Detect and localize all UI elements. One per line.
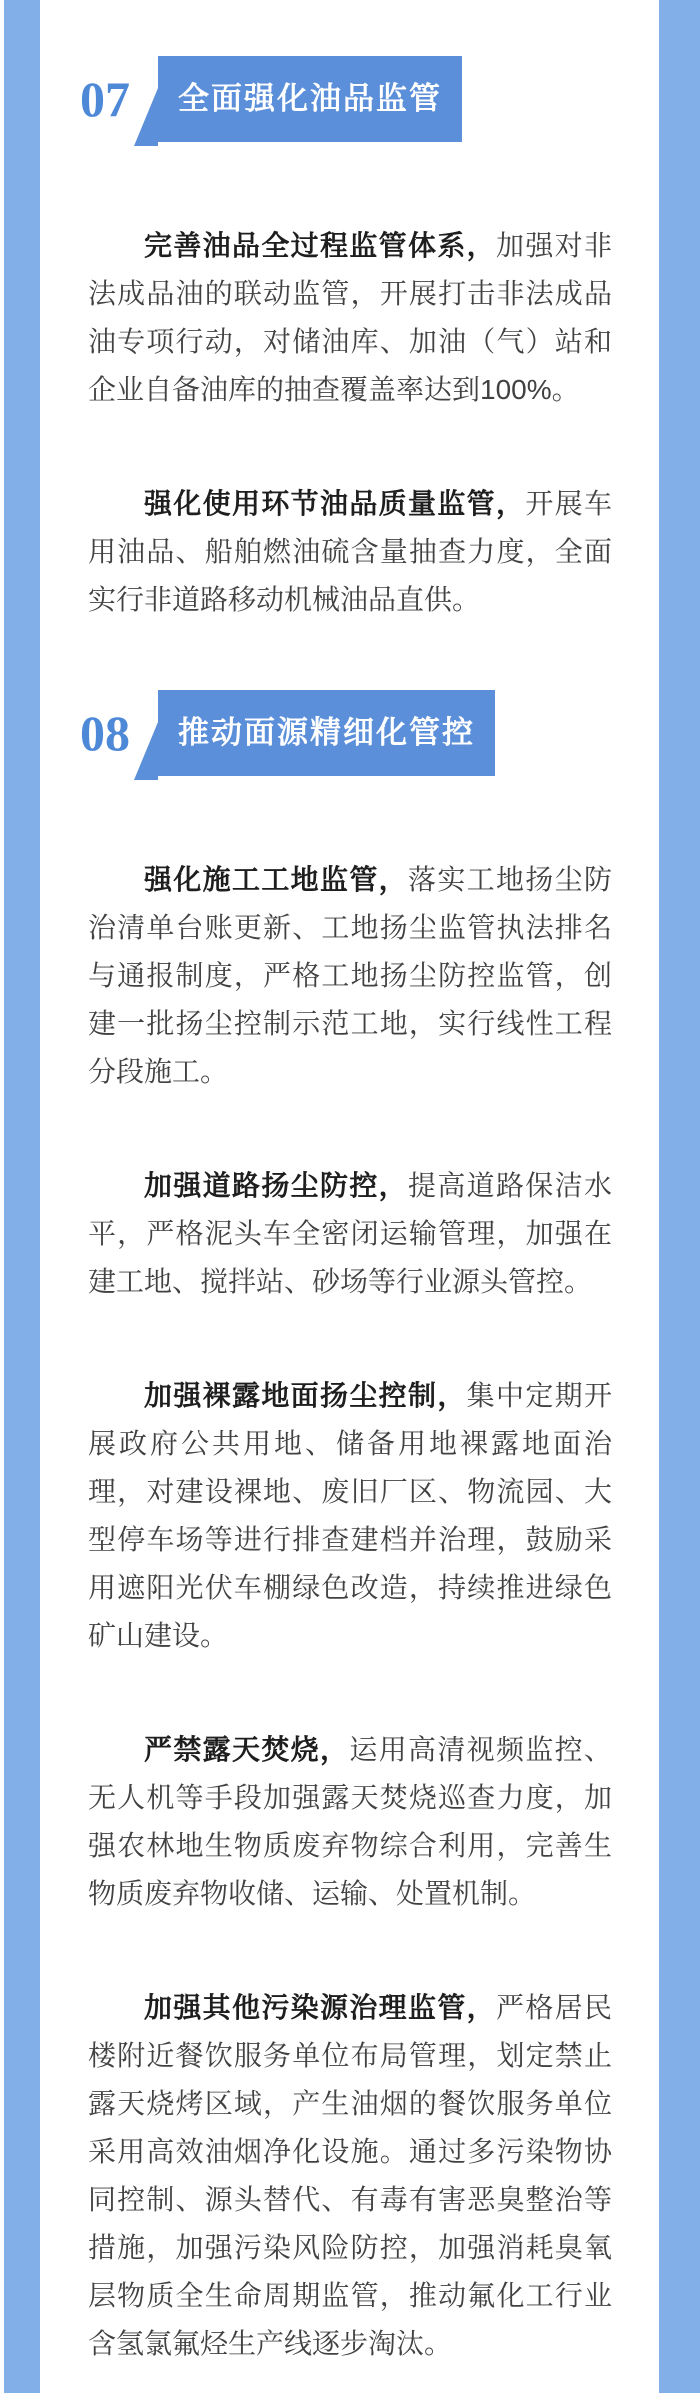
paragraph-body: 集中定期开展政府公共用地、储备用地裸露地面治理，对建设裸地、废旧厂区、物流园、大… <box>88 1380 612 1651</box>
section-08-header: 08 推动面源精细化管控 <box>80 690 612 776</box>
paragraph: 严禁露天焚烧，运用高清视频监控、无人机等手段加强露天焚烧巡查力度，加强农林地生物… <box>88 1726 612 1918</box>
paragraph-lead: 加强其他污染源治理监管， <box>144 1992 496 2023</box>
paragraph-lead: 强化使用环节油品质量监管， <box>144 488 525 519</box>
section-08-title-banner: 推动面源精细化管控 <box>158 690 495 776</box>
paragraph-lead: 加强道路扬尘防控， <box>144 1170 408 1201</box>
section-07-title: 全面强化油品监管 <box>178 81 442 116</box>
section-07-number: 07 <box>80 74 130 124</box>
section-07-title-banner: 全面强化油品监管 <box>158 56 462 142</box>
paragraph: 完善油品全过程监管体系，加强对非法成品油的联动监管，开展打击非法成品油专项行动，… <box>88 222 612 414</box>
paragraph: 强化施工工地监管，落实工地扬尘防治清单台账更新、工地扬尘监管执法排名与通报制度，… <box>88 856 612 1096</box>
paragraph-body: 严格居民楼附近餐饮服务单位布局管理，划定禁止露天烧烤区域，产生油烟的餐饮服务单位… <box>88 1992 612 2359</box>
paragraph-lead: 加强裸露地面扬尘控制， <box>144 1380 467 1411</box>
paragraph: 加强道路扬尘防控，提高道路保洁水平，严格泥头车全密闭运输管理，加强在建工地、搅拌… <box>88 1162 612 1306</box>
paragraph-lead: 强化施工工地监管， <box>144 864 408 895</box>
section-08-number: 08 <box>80 708 130 758</box>
paragraph: 加强其他污染源治理监管，严格居民楼附近餐饮服务单位布局管理，划定禁止露天烧烤区域… <box>88 1984 612 2368</box>
paragraph: 加强裸露地面扬尘控制，集中定期开展政府公共用地、储备用地裸露地面治理，对建设裸地… <box>88 1372 612 1660</box>
paragraph-lead: 完善油品全过程监管体系， <box>144 230 496 261</box>
section-07-header: 07 全面强化油品监管 <box>80 56 612 142</box>
paragraph: 强化使用环节油品质量监管，开展车用油品、船舶燃油硫含量抽查力度，全面实行非道路移… <box>88 480 612 624</box>
article-content: 07 全面强化油品监管 完善油品全过程监管体系，加强对非法成品油的联动监管，开展… <box>0 0 700 2368</box>
section-08: 08 推动面源精细化管控 强化施工工地监管，落实工地扬尘防治清单台账更新、工地扬… <box>88 690 612 2368</box>
section-07: 07 全面强化油品监管 完善油品全过程监管体系，加强对非法成品油的联动监管，开展… <box>88 56 612 624</box>
section-08-title: 推动面源精细化管控 <box>178 715 475 750</box>
paragraph-lead: 严禁露天焚烧， <box>144 1734 349 1765</box>
paragraph-body: 落实工地扬尘防治清单台账更新、工地扬尘监管执法排名与通报制度，严格工地扬尘防控监… <box>88 864 612 1087</box>
